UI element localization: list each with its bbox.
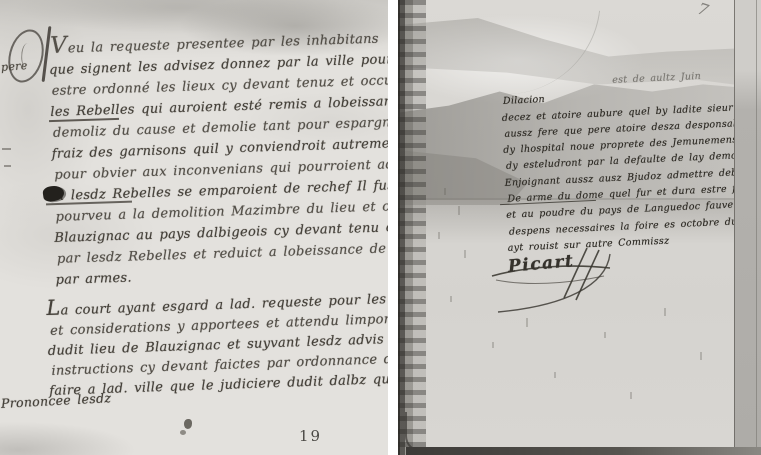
show-through-mark [492, 342, 494, 348]
ink-dot [180, 430, 186, 435]
show-through-mark [554, 372, 556, 378]
show-through-mark [526, 318, 528, 327]
binding-edge [398, 0, 426, 455]
show-through-mark [458, 206, 460, 215]
left-manuscript-page: pere Veu la requeste presentee par les i… [0, 0, 388, 455]
show-through-mark [438, 232, 440, 239]
right-manuscript-page: 7 est de aultz JuinDilaciondecez et atoi… [398, 0, 761, 455]
page-edge-line [756, 0, 757, 455]
page-corner-outline [405, 412, 437, 452]
left-margin-word: pere [1, 59, 28, 74]
show-through-mark [604, 332, 606, 338]
show-through-mark [450, 296, 452, 302]
show-through-mark [464, 250, 466, 258]
right-text-block: est de aultz JuinDilaciondecez et atoire… [500, 67, 742, 257]
ink-dot [184, 419, 192, 429]
manuscript-scan: pere Veu la requeste presentee par les i… [0, 0, 761, 455]
left-paragraph-2: La court ayant esgard a lad. requeste po… [46, 286, 384, 402]
show-through-mark [700, 352, 702, 360]
left-paragraph-1: Veu la requeste presentee par les inhabi… [48, 25, 388, 290]
bottom-page-edge [406, 447, 761, 455]
show-through-mark [630, 392, 632, 399]
corner-numeral: 7 [695, 0, 711, 20]
page-number: 19 [299, 427, 322, 445]
margin-tick [4, 165, 11, 167]
show-through-mark [444, 188, 446, 195]
bottom-margin-note: Prononcee lesdz [1, 390, 112, 411]
margin-tick [2, 148, 11, 150]
show-through-mark [664, 308, 666, 316]
